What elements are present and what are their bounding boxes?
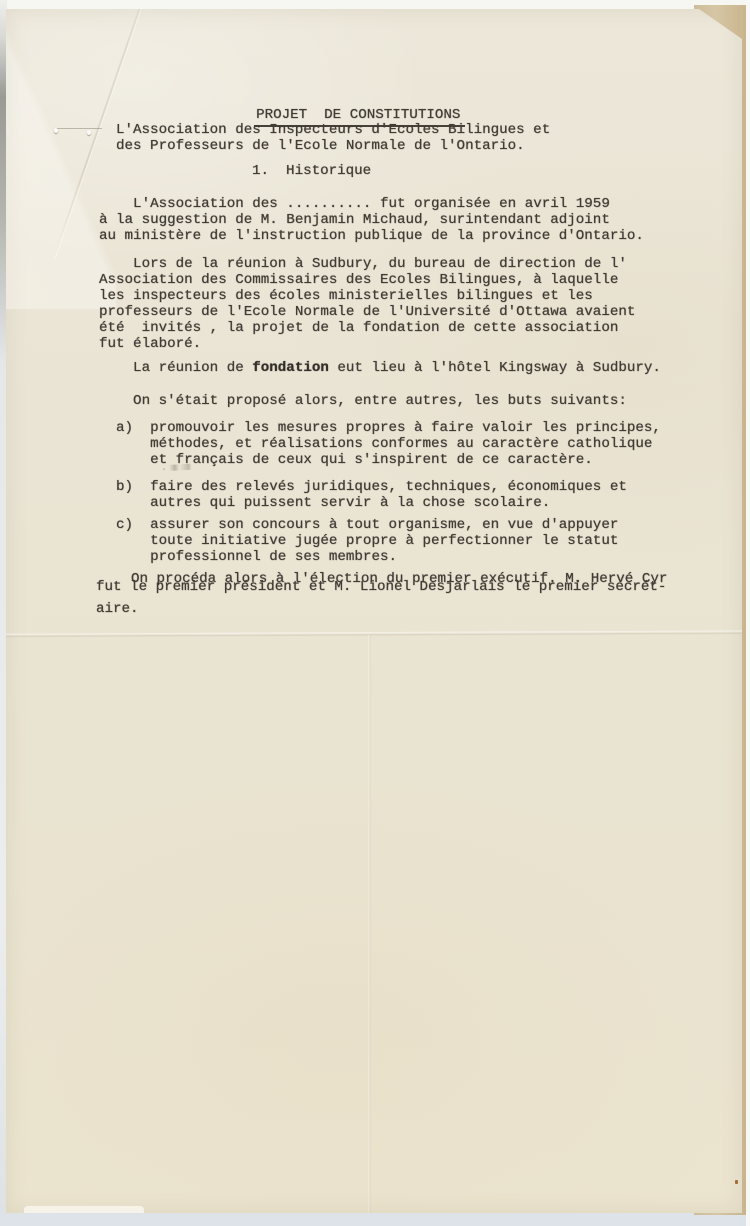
closing-line-3: aire. — [96, 601, 139, 617]
bottom-edge-chip — [24, 1206, 144, 1213]
paragraph-foundation-meeting: La réunion de fondation eut lieu à l'hôt… — [99, 360, 661, 376]
paragraph-foundation-post: eut lieu à l'hôtel Kingsway à Sudbury. — [329, 360, 661, 376]
vertical-fold-crease — [368, 634, 371, 1213]
section-heading-historique: 1. Historique — [252, 163, 371, 179]
closing-line-2: fut le premier président et M. Lionel De… — [96, 579, 666, 595]
list-item-b: b) faire des relevés juridiques, techniq… — [99, 479, 627, 511]
staple-marks — [56, 128, 102, 132]
rust-speck — [735, 1180, 738, 1184]
horizontal-fold-crease — [6, 630, 742, 637]
paragraph-goals-intro: On s'était proposé alors, entre autres, … — [99, 393, 627, 409]
scanner-bed-bottom — [0, 1213, 750, 1226]
document-page: PROJET DE CONSTITUTIONS L'Association de… — [6, 9, 742, 1213]
paragraph-founding: L'Association des .......... fut organis… — [99, 196, 644, 244]
paragraph-foundation-pre: La réunion de — [99, 360, 252, 376]
list-item-c: c) assurer son concours à tout organisme… — [99, 517, 618, 565]
document-subtitle: L'Association des Inspecteurs d'Ecoles B… — [116, 122, 550, 154]
paragraph-sudbury-meeting: Lors de la réunion à Sudbury, du bureau … — [99, 256, 635, 352]
scanner-bed-right — [746, 0, 750, 1226]
list-item-a: a) promouvoir les mesures propres à fair… — [99, 420, 661, 468]
scanner-bed-left — [0, 0, 7, 1214]
paragraph-foundation-bold-word: fondation — [252, 360, 329, 376]
